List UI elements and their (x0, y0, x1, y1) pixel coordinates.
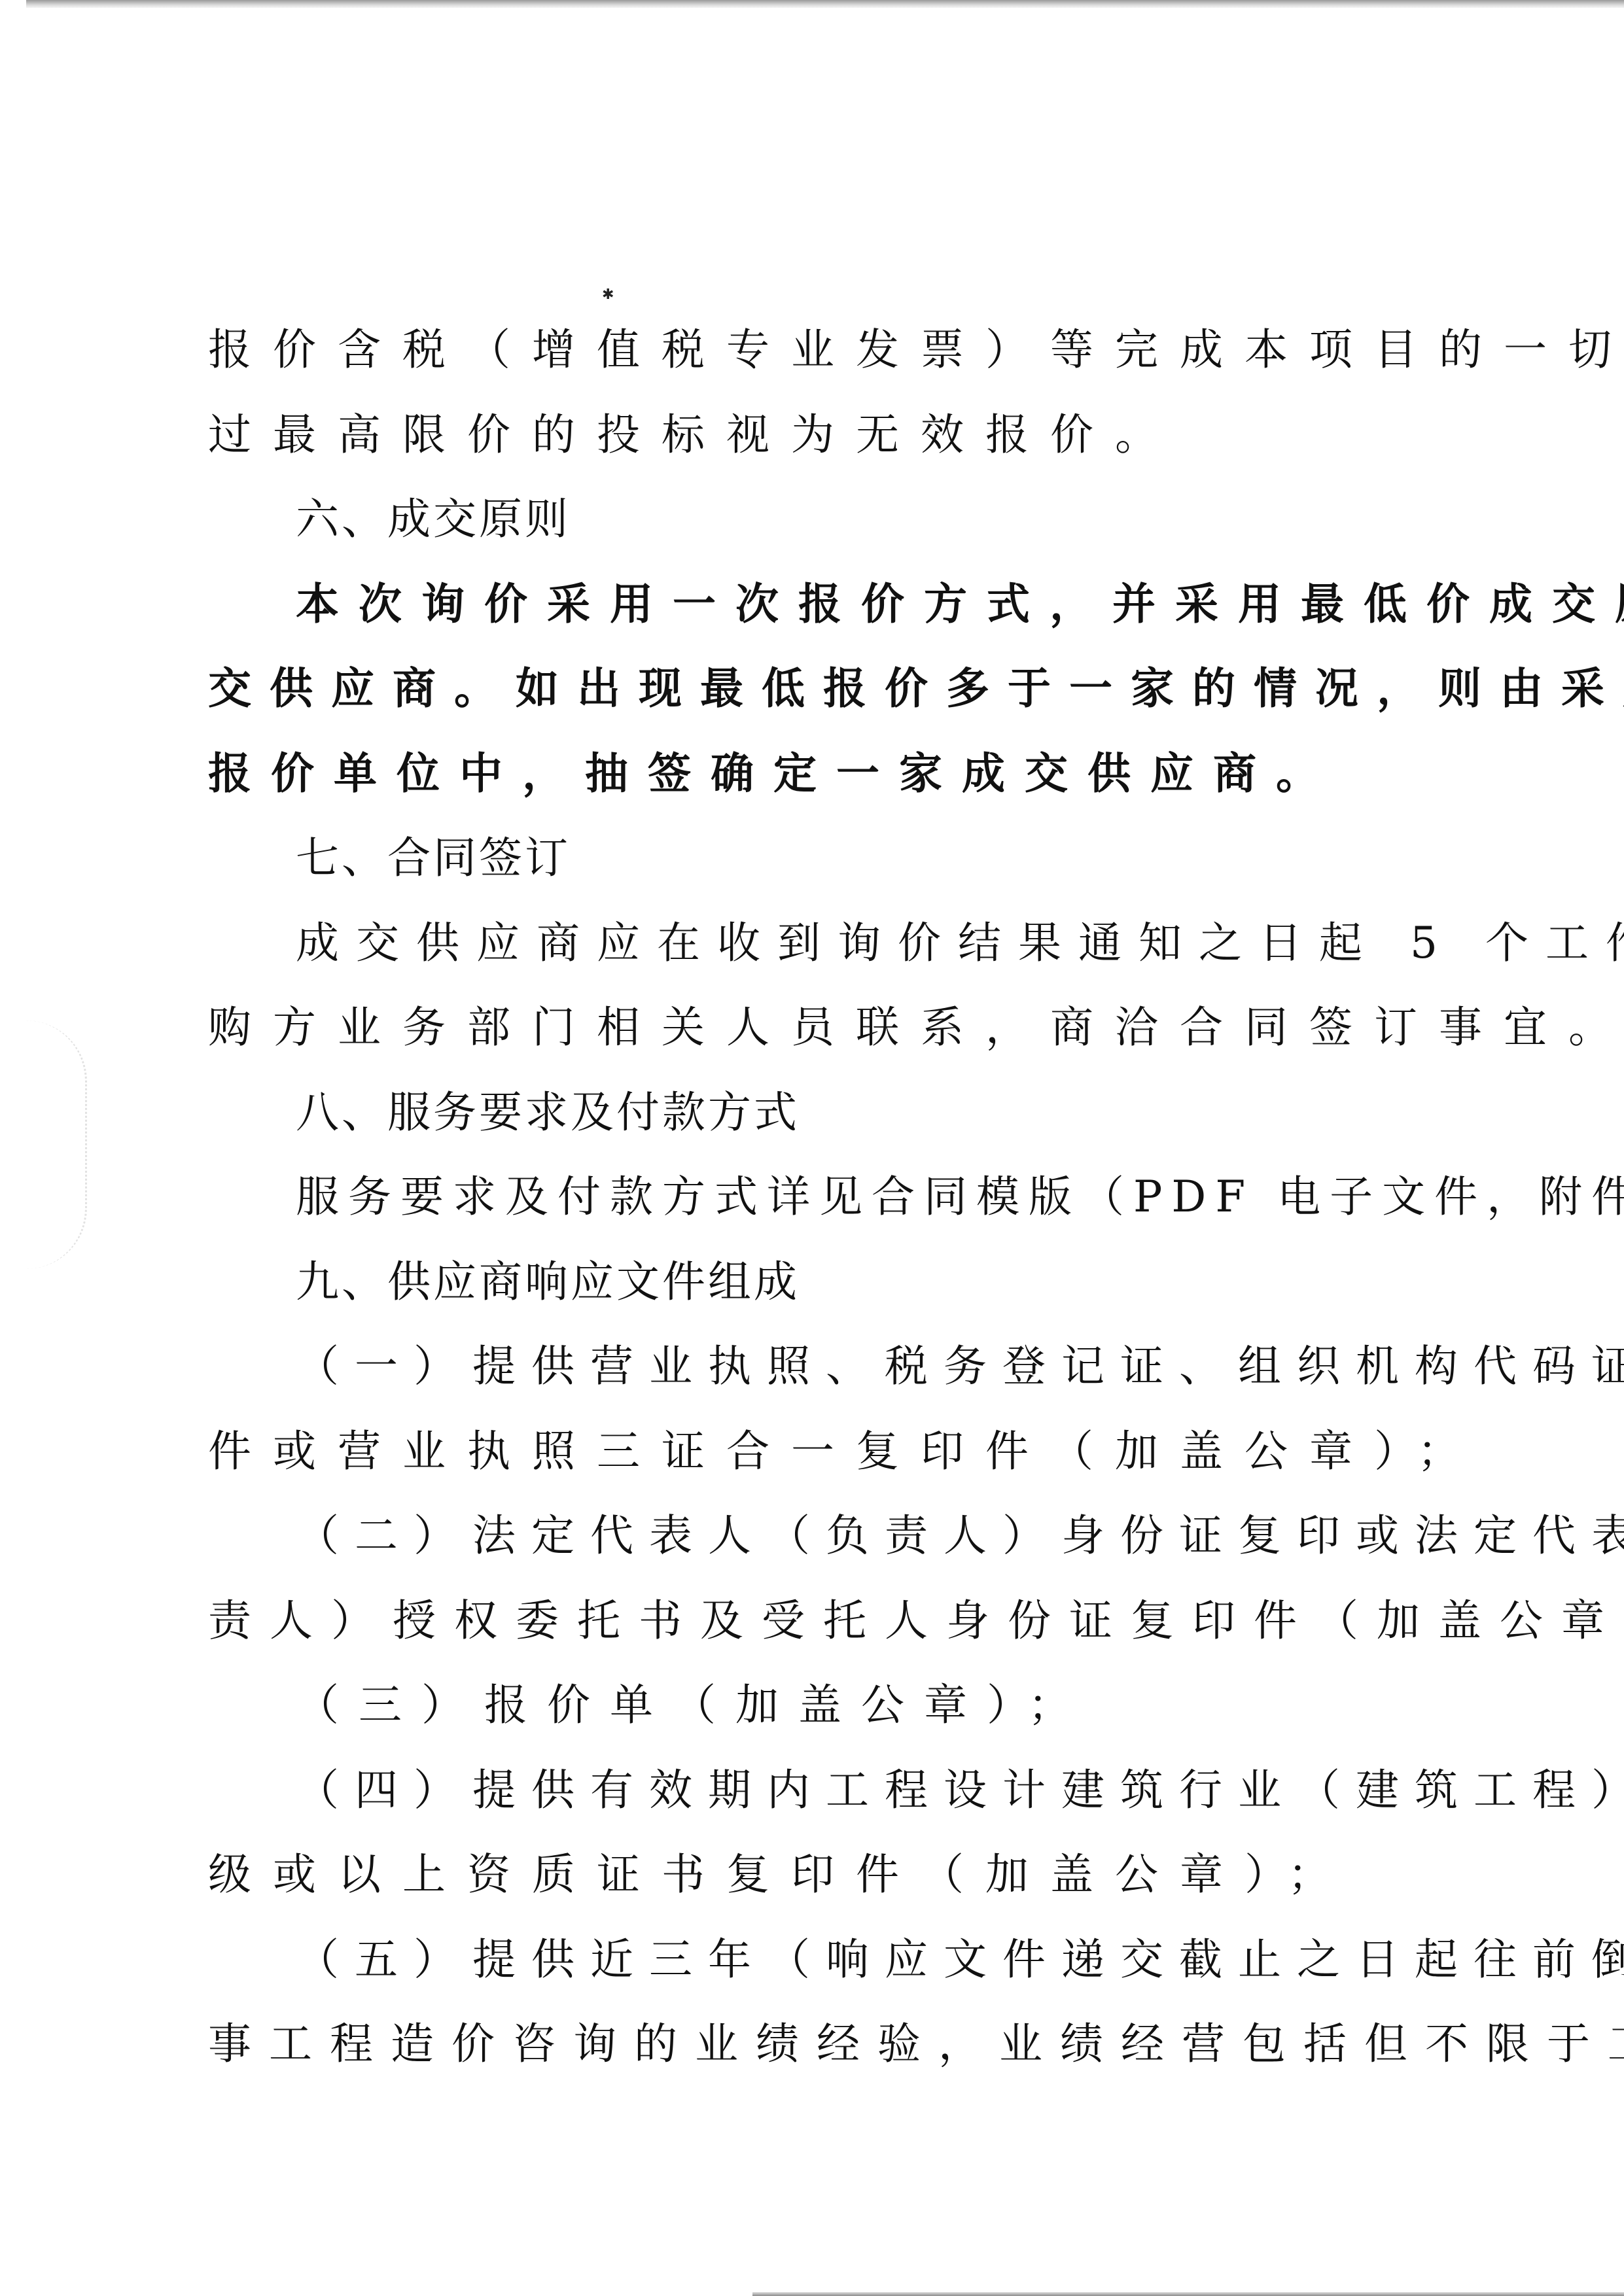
section-heading-8: 八、服务要求及付款方式 (208, 1070, 1445, 1155)
document-page: 报价含税（增值税专业发票）等完成本项目的一切费用，报价超 过最高限价的投标视为无… (208, 307, 1445, 2087)
list-item-line: （一）提供营业执照、税务登记证、组织机构代码证的复印 (208, 1324, 1445, 1409)
seam-seal-ghost (26, 1020, 87, 1269)
list-item-line: 件或营业执照三证合一复印件（加盖公章）； (208, 1409, 1445, 1494)
list-item-line: 责人）授权委托书及受托人身份证复印件（加盖公章）； (208, 1578, 1445, 1663)
section-heading-7: 七、合同签订 (208, 816, 1445, 901)
list-item-line: 级或以上资质证书复印件（加盖公章）； (208, 1832, 1445, 1917)
body-line: 报价含税（增值税专业发票）等完成本项目的一切费用，报价超 (208, 307, 1445, 392)
bold-body-line: 报价单位中，抽签确定一家成交供应商。 (208, 731, 1445, 816)
section-heading-9: 九、供应商响应文件组成 (208, 1240, 1445, 1325)
list-item-line: （五）提供近三年（响应文件递交截止之日起往前倒推）从 (208, 1917, 1445, 2002)
list-item-line: （三）报价单（加盖公章）； (208, 1663, 1445, 1748)
body-line: 成交供应商应在收到询价结果通知之日起 5 个工作日内与采 (208, 901, 1445, 986)
list-item-line: 事工程造价咨询的业绩经验，业绩经营包括但不限于工程造价咨 (208, 2002, 1445, 2087)
section-heading-6: 六、成交原则 (208, 477, 1445, 562)
body-line: 服务要求及付款方式详见合同模版（PDF 电子文件，附件 3）。 (208, 1155, 1445, 1240)
list-item-line: （四）提供有效期内工程设计建筑行业（建筑工程）专业乙 (208, 1748, 1445, 1833)
scan-speck: ✱ (602, 287, 614, 303)
bold-body-line: 交供应商。如出现最低报价多于一家的情况，则由采购方从最低 (208, 646, 1445, 731)
body-line: 过最高限价的投标视为无效报价。 (208, 392, 1445, 478)
scan-edge-bottom (752, 2292, 1624, 2296)
bold-body-line: 本次询价采用一次报价方式，并采用最低价成交原则确定成 (208, 562, 1445, 647)
body-line: 购方业务部门相关人员联系，商洽合同签订事宜。 (208, 985, 1445, 1070)
list-item-line: （二）法定代表人（负责人）身份证复印或法定代表人（负 (208, 1493, 1445, 1578)
scan-edge-top (26, 0, 1624, 8)
